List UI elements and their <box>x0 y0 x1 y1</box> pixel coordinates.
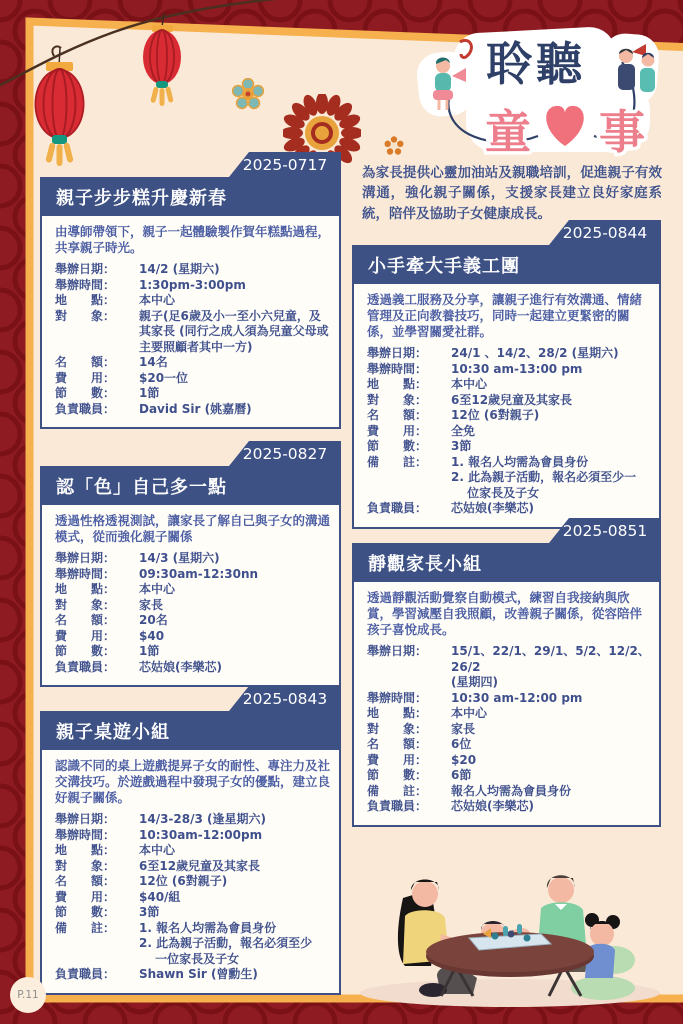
card-fields: 舉辦日期：24/1 、14/2、28/2 (星期六)舉辦時間：10:30 am-… <box>367 346 651 517</box>
field-row: 地 點：本中心 <box>55 293 331 309</box>
logo-title-top: 聆聽 <box>486 37 586 91</box>
card-title: 小手牽大手義工團 <box>354 247 659 284</box>
field-row: 名 額：6位 <box>367 737 651 753</box>
field-label: 節 數： <box>55 644 139 660</box>
field-row: 對 象：家長 <box>367 722 651 738</box>
field-value: 芯姑娘(李樂芯) <box>139 660 331 676</box>
field-value: 本中心 <box>139 582 331 598</box>
field-value: $40 <box>139 629 331 645</box>
field-value: 1節 <box>139 386 331 402</box>
field-row: 名 額：20名 <box>55 613 331 629</box>
field-row: 負責職員：芯姑娘(李樂芯) <box>367 799 651 815</box>
field-row: 地 點：本中心 <box>367 377 651 393</box>
card-description: 認識不同的桌上遊戲提昇子女的耐性、專注力及社交溝技巧。於遊戲過程中發現子女的優點… <box>55 758 331 806</box>
field-label: 負責職員： <box>367 799 451 815</box>
field-row: 費 用：全免 <box>367 424 651 440</box>
field-label: 名 額： <box>55 874 139 890</box>
field-row: 節 數：1節 <box>55 386 331 402</box>
field-row: 舉辦時間：10:30 am-13:00 pm <box>367 362 651 378</box>
card-fields: 舉辦日期：14/2 (星期六)舉辦時間：1:30pm-3:00pm地 點：本中心… <box>55 262 331 417</box>
field-value: 全免 <box>451 424 651 440</box>
field-row: 地 點：本中心 <box>55 582 331 598</box>
field-label: 舉辦時間： <box>367 691 451 707</box>
card-id-badge: 2025-0717 <box>229 152 341 177</box>
field-row: 對 象：6至12歲兒童及其家長 <box>55 859 331 875</box>
field-value: 1. 報名人均需為會員身份 2. 此為親子活動，報名必須至少 一位家長及子女 <box>139 921 331 968</box>
field-value: 芯姑娘(李樂芯) <box>451 799 651 815</box>
field-value: 親子(足6歲及小一至小六兒童，及其家長 (同行之成人須為兒童父母或主要照顧者其中… <box>139 309 331 356</box>
card-title: 親子步步糕升慶新春 <box>42 179 339 216</box>
logo-char-left: 童 <box>485 105 531 158</box>
field-value: $20 <box>451 753 651 769</box>
field-label: 負責職員： <box>55 402 139 418</box>
field-row: 舉辦日期：14/2 (星期六) <box>55 262 331 278</box>
field-label: 節 數： <box>367 439 451 455</box>
field-row: 負責職員：David Sir (姚嘉曆) <box>55 402 331 418</box>
field-label: 負責職員： <box>55 660 139 676</box>
field-row: 名 額：14名 <box>55 355 331 371</box>
field-row: 節 數：3節 <box>367 439 651 455</box>
field-label: 舉辦時間： <box>55 567 139 583</box>
field-value: 14/3 (星期六) <box>139 551 331 567</box>
field-value: 1:30pm-3:00pm <box>139 278 331 294</box>
field-label: 費 用： <box>55 371 139 387</box>
field-row: 負責職員：芯姑娘(李樂芯) <box>55 660 331 676</box>
field-row: 備 註：1. 報名人均需為會員身份 2. 此為親子活動，報名必須至少一 位家長及… <box>367 455 651 502</box>
field-value: 10:30am-12:00pm <box>139 828 331 844</box>
field-row: 節 數：1節 <box>55 644 331 660</box>
field-value: $20一位 <box>139 371 331 387</box>
field-label: 舉辦日期： <box>55 551 139 567</box>
field-label: 舉辦時間： <box>55 828 139 844</box>
field-label: 名 額： <box>55 613 139 629</box>
card-description: 透過性格透視測試，讓家長了解自己與子女的溝通模式，從而強化親子關係 <box>55 513 331 545</box>
field-row: 地 點：本中心 <box>367 706 651 722</box>
field-value: 09:30am-12:30nn <box>139 567 331 583</box>
program-card-0851: 2025-0851 靜觀家長小組 透過靜觀活動覺察自動模式，練習自我接納與欣賞，… <box>352 518 661 827</box>
field-value: 6節 <box>451 768 651 784</box>
field-label: 費 用： <box>367 424 451 440</box>
field-row: 名 額：12位 (6對親子) <box>367 408 651 424</box>
field-label: 費 用： <box>55 629 139 645</box>
field-value: 14/2 (星期六) <box>139 262 331 278</box>
field-row: 費 用：$40/組 <box>55 890 331 906</box>
field-label: 節 數： <box>55 905 139 921</box>
program-card-0717: 2025-0717 親子步步糕升慶新春 由導師帶領下，親子一起體驗製作賀年糕點過… <box>40 152 341 429</box>
field-label: 對 象： <box>55 598 139 614</box>
field-row: 對 象：親子(足6歲及小一至小六兒童，及其家長 (同行之成人須為兒童父母或主要照… <box>55 309 331 356</box>
field-row: 節 數：3節 <box>55 905 331 921</box>
field-row: 負責職員：芯姑娘(李樂芯) <box>367 501 651 517</box>
field-label: 費 用： <box>55 890 139 906</box>
card-description: 透過義工服務及分享，讓親子進行有效溝通、情緒管理及正向教養技巧，同時一起建立更緊… <box>367 292 651 340</box>
field-value: 本中心 <box>451 706 651 722</box>
card-id-badge: 2025-0843 <box>229 686 341 711</box>
field-value: 3節 <box>139 905 331 921</box>
field-value: 20名 <box>139 613 331 629</box>
field-value: 14/3-28/3 (逢星期六) <box>139 812 331 828</box>
card-fields: 舉辦日期：14/3 (星期六)舉辦時間：09:30am-12:30nn地 點：本… <box>55 551 331 675</box>
field-label: 名 額： <box>367 737 451 753</box>
field-row: 舉辦時間：10:30am-12:00pm <box>55 828 331 844</box>
field-value: 1. 報名人均需為會員身份 2. 此為親子活動，報名必須至少一 位家長及子女 <box>451 455 651 502</box>
field-value: 家長 <box>139 598 331 614</box>
flyer-page: 聆聽 童 事 為家長提供心靈加油站及親職培訓，促進親子有效溝通，強化親子關係，支… <box>0 0 683 1024</box>
field-value: 15/1、22/1、29/1、5/2、12/2、 26/2 (星期四) <box>451 644 651 691</box>
field-label: 地 點： <box>55 582 139 598</box>
field-row: 備 註：報名人均需為會員身份 <box>367 784 651 800</box>
field-label: 對 象： <box>55 309 139 356</box>
field-label: 地 點： <box>367 377 451 393</box>
field-value: 24/1 、14/2、28/2 (星期六) <box>451 346 651 362</box>
field-label: 對 象： <box>367 722 451 738</box>
field-value: 本中心 <box>451 377 651 393</box>
field-label: 地 點： <box>55 293 139 309</box>
field-label: 地 點： <box>55 843 139 859</box>
card-fields: 舉辦日期：14/3-28/3 (逢星期六)舉辦時間：10:30am-12:00p… <box>55 812 331 983</box>
program-card-0844: 2025-0844 小手牽大手義工團 透過義工服務及分享，讓親子進行有效溝通、情… <box>352 220 661 529</box>
field-label: 對 象： <box>367 393 451 409</box>
field-value: 12位 (6對親子) <box>139 874 331 890</box>
orange-flower-icon <box>384 136 404 156</box>
field-label: 舉辦時間： <box>55 278 139 294</box>
field-row: 地 點：本中心 <box>55 843 331 859</box>
field-value: 14名 <box>139 355 331 371</box>
field-value: 1節 <box>139 644 331 660</box>
field-value: David Sir (姚嘉曆) <box>139 402 331 418</box>
field-value: 10:30 am-12:00 pm <box>451 691 651 707</box>
field-value: 6至12歲兒童及其家長 <box>451 393 651 409</box>
logo-char-right: 事 <box>599 105 645 158</box>
field-row: 舉辦時間：09:30am-12:30nn <box>55 567 331 583</box>
field-value: Shawn Sir (曾勳生) <box>139 967 331 983</box>
field-row: 負責職員：Shawn Sir (曾勳生) <box>55 967 331 983</box>
field-row: 費 用：$20 <box>367 753 651 769</box>
card-title: 認「色」自己多一點 <box>42 468 339 505</box>
field-value: 本中心 <box>139 843 331 859</box>
field-row: 舉辦時間：1:30pm-3:00pm <box>55 278 331 294</box>
field-label: 節 數： <box>55 386 139 402</box>
card-fields: 舉辦日期：15/1、22/1、29/1、5/2、12/2、 26/2 (星期四)… <box>367 644 651 815</box>
field-label: 費 用： <box>367 753 451 769</box>
field-label: 舉辦日期： <box>55 262 139 278</box>
field-value: 芯姑娘(李樂芯) <box>451 501 651 517</box>
branch-icon <box>0 0 284 91</box>
intro-text: 為家長提供心靈加油站及親職培訓，促進親子有效溝通，強化親子關係，支援家長建立良好… <box>362 163 662 224</box>
field-value: 本中心 <box>139 293 331 309</box>
field-label: 名 額： <box>55 355 139 371</box>
card-description: 透過靜觀活動覺察自動模式，練習自我接納與欣賞，學習減壓自我照顧，改善親子關係，從… <box>367 590 651 638</box>
family-boardgame-illustration <box>345 838 675 1013</box>
field-value: 6至12歲兒童及其家長 <box>139 859 331 875</box>
program-card-0843: 2025-0843 親子桌遊小組 認識不同的桌上遊戲提昇子女的耐性、專注力及社交… <box>40 686 341 995</box>
field-label: 地 點： <box>367 706 451 722</box>
field-row: 舉辦日期：24/1 、14/2、28/2 (星期六) <box>367 346 651 362</box>
field-label: 對 象： <box>55 859 139 875</box>
field-label: 備 註： <box>367 455 451 502</box>
field-value: 10:30 am-13:00 pm <box>451 362 651 378</box>
field-label: 舉辦日期： <box>367 644 451 691</box>
card-id-badge: 2025-0851 <box>549 518 661 543</box>
field-label: 舉辦日期： <box>55 812 139 828</box>
card-title: 親子桌遊小組 <box>42 713 339 750</box>
field-value: $40/組 <box>139 890 331 906</box>
field-row: 對 象：家長 <box>55 598 331 614</box>
card-title: 靜觀家長小組 <box>354 545 659 582</box>
field-value: 家長 <box>451 722 651 738</box>
field-row: 費 用：$20一位 <box>55 371 331 387</box>
field-label: 舉辦日期： <box>367 346 451 362</box>
card-id-badge: 2025-0844 <box>549 220 661 245</box>
field-row: 舉辦日期：14/3 (星期六) <box>55 551 331 567</box>
field-row: 備 註：1. 報名人均需為會員身份 2. 此為親子活動，報名必須至少 一位家長及… <box>55 921 331 968</box>
field-value: 報名人均需為會員身份 <box>451 784 651 800</box>
page-number-badge: P.11 <box>10 977 46 1013</box>
field-row: 舉辦時間：10:30 am-12:00 pm <box>367 691 651 707</box>
field-value: 3節 <box>451 439 651 455</box>
field-label: 負責職員： <box>55 967 139 983</box>
field-label: 舉辦時間： <box>367 362 451 378</box>
field-value: 12位 (6對親子) <box>451 408 651 424</box>
field-row: 對 象：6至12歲兒童及其家長 <box>367 393 651 409</box>
logo: 聆聽 童 事 <box>408 24 664 158</box>
field-label: 名 額： <box>367 408 451 424</box>
program-card-0827: 2025-0827 認「色」自己多一點 透過性格透視測試，讓家長了解自己與子女的… <box>40 441 341 687</box>
card-description: 由導師帶領下，親子一起體驗製作賀年糕點過程，共享親子時光。 <box>55 224 331 256</box>
field-label: 負責職員： <box>367 501 451 517</box>
card-id-badge: 2025-0827 <box>229 441 341 466</box>
field-value: 6位 <box>451 737 651 753</box>
field-row: 舉辦日期：15/1、22/1、29/1、5/2、12/2、 26/2 (星期四) <box>367 644 651 691</box>
field-row: 節 數：6節 <box>367 768 651 784</box>
field-label: 備 註： <box>55 921 139 968</box>
field-row: 費 用：$40 <box>55 629 331 645</box>
field-row: 名 額：12位 (6對親子) <box>55 874 331 890</box>
field-label: 備 註： <box>367 784 451 800</box>
field-label: 節 數： <box>367 768 451 784</box>
field-row: 舉辦日期：14/3-28/3 (逢星期六) <box>55 812 331 828</box>
